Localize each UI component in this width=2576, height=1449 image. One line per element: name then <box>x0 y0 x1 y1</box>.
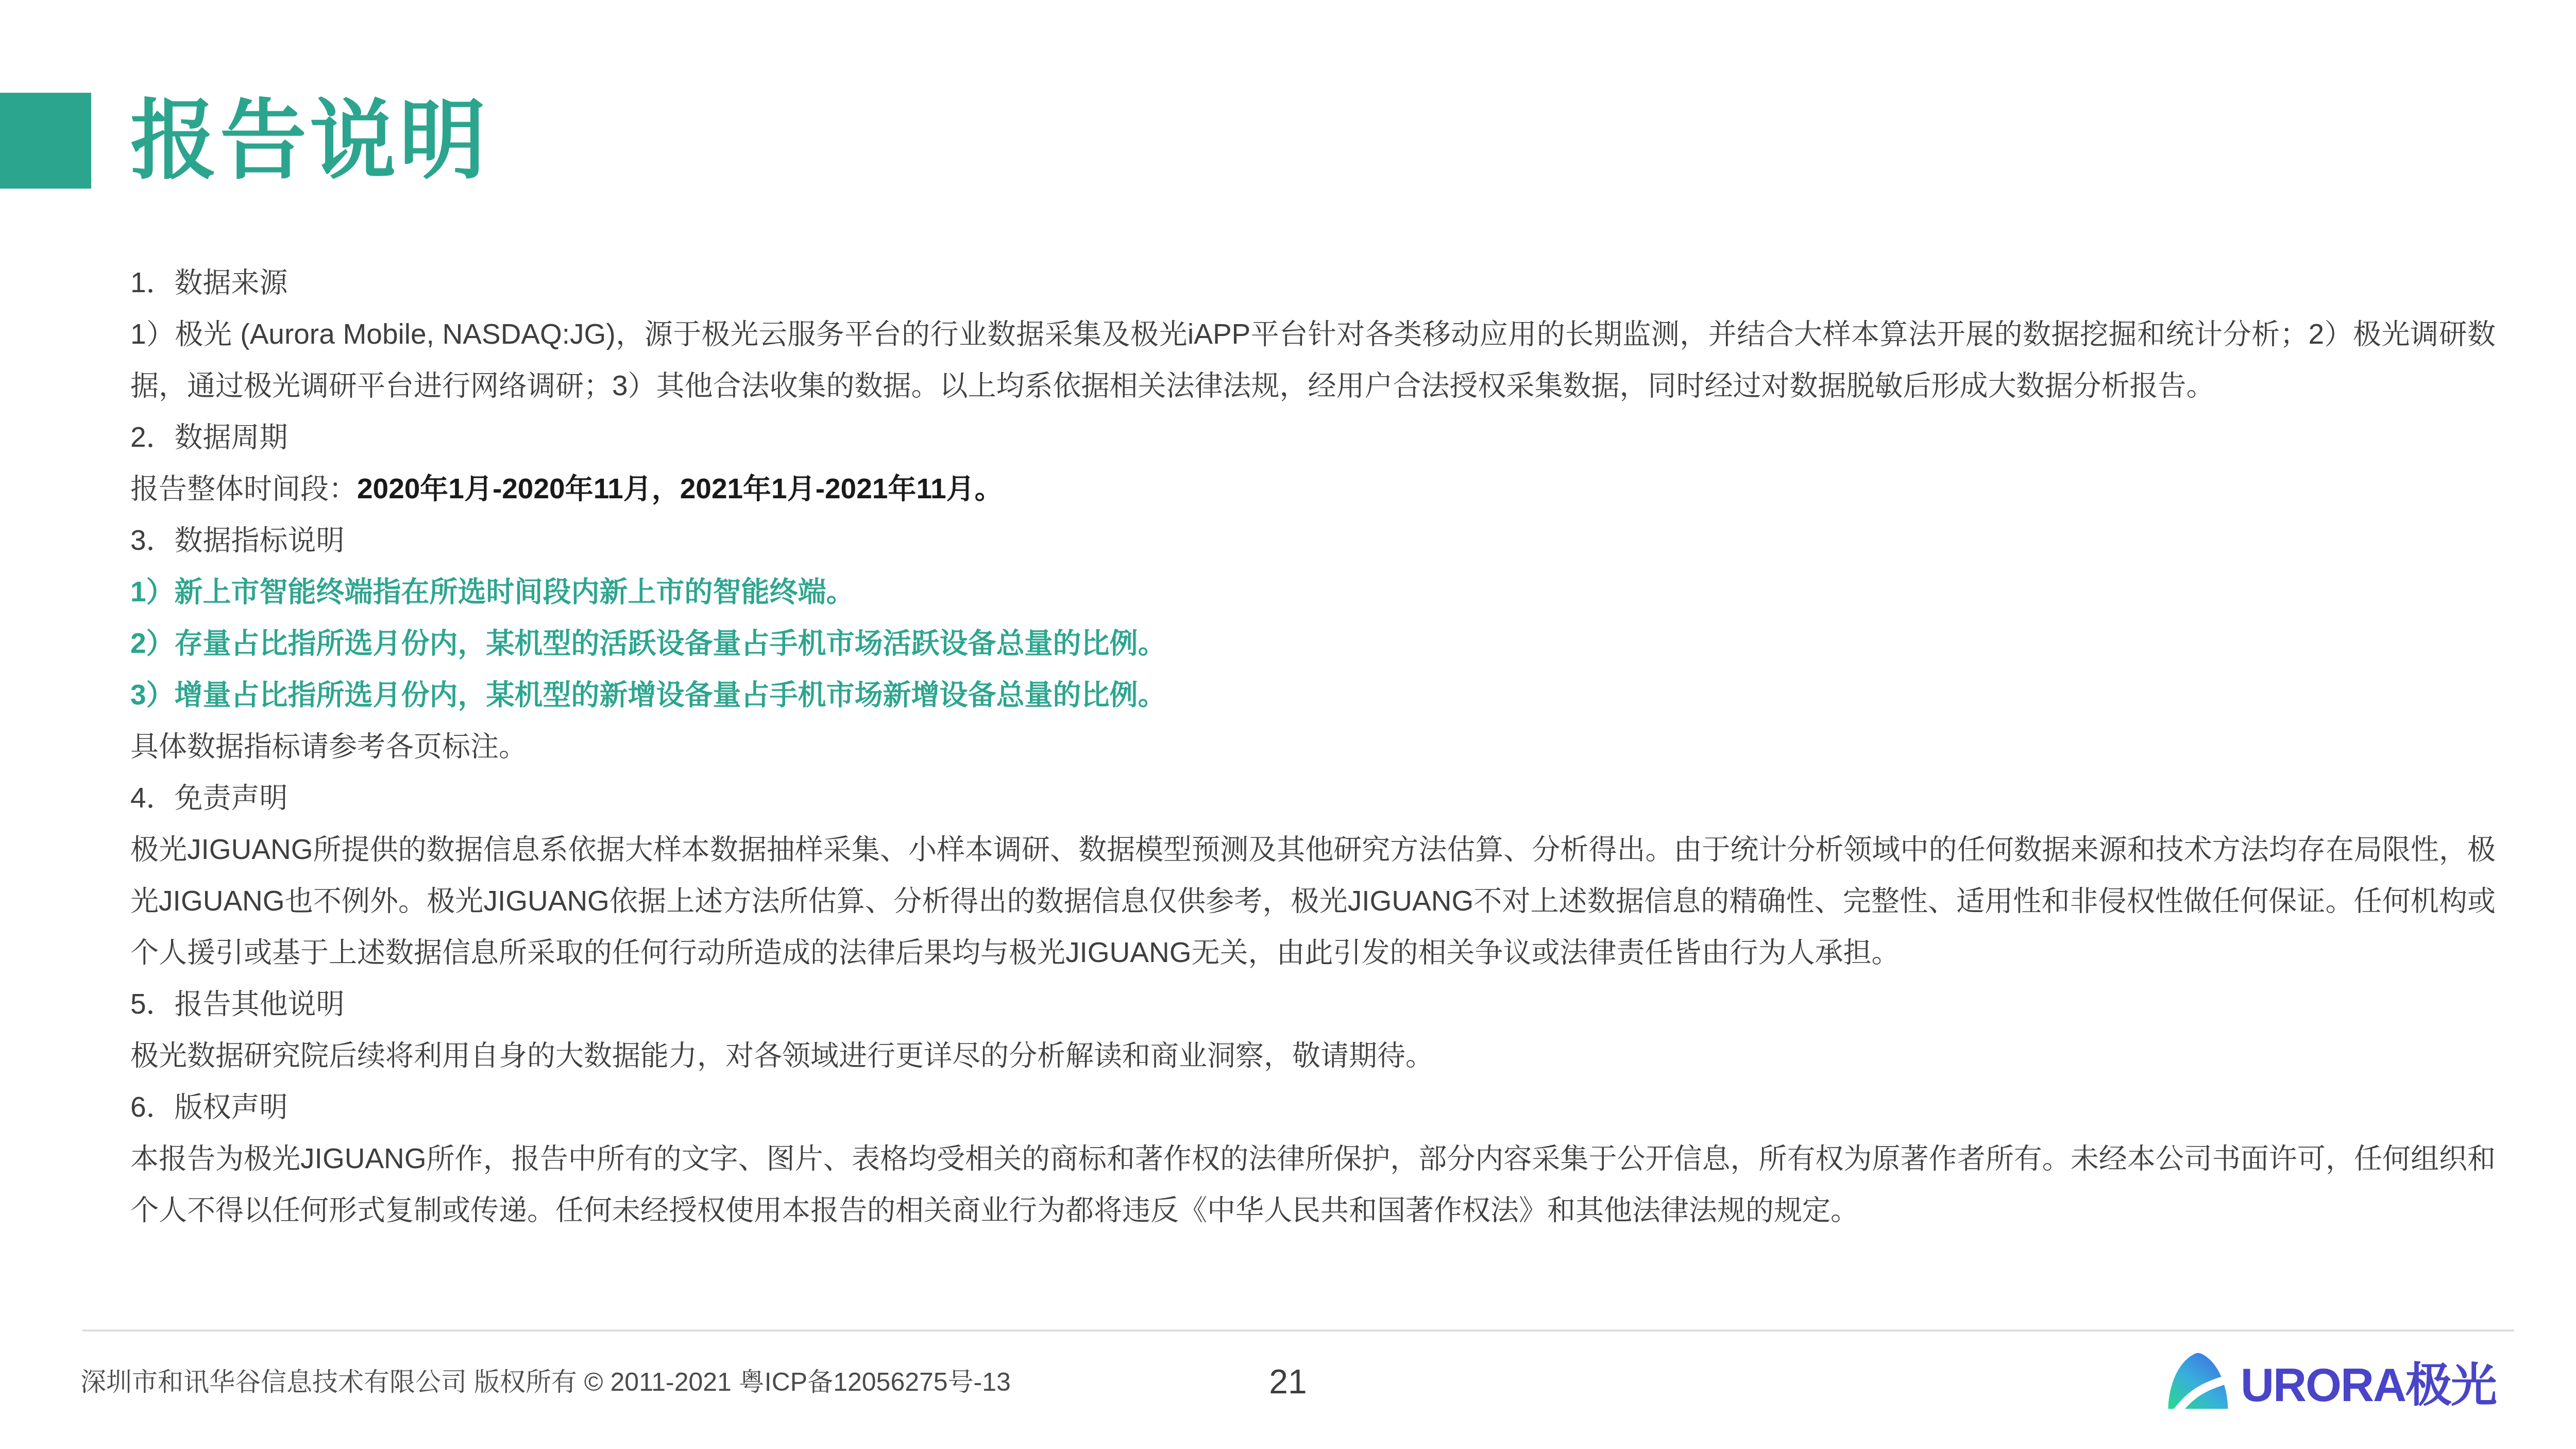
metric-item-1: 1）新上市智能终端指在所选时间段内新上市的智能终端。 <box>130 566 2496 617</box>
section-4-text: 极光JIGUANG所提供的数据信息系依据大样本数据抽样采集、小样本调研、数据模型… <box>130 823 2496 978</box>
aurora-logo: URORA极光 <box>2164 1351 2496 1410</box>
section-6-heading: 6．版权声明 <box>130 1081 2496 1133</box>
section-2-text: 报告整体时间段：2020年1月-2020年11月，2021年1月-2021年11… <box>130 463 2496 514</box>
section-6-text: 本报告为极光JIGUANG所作，报告中所有的文字、图片、表格均受相关的商标和著作… <box>130 1133 2496 1236</box>
aurora-logo-wordmark: URORA极光 <box>2241 1347 2496 1414</box>
aurora-mountain-icon <box>2164 1352 2233 1410</box>
footer-divider <box>82 1329 2514 1332</box>
section-1-text: 1）极光 (Aurora Mobile, NASDAQ:JG)，源于极光云服务平… <box>130 308 2496 411</box>
section-1-heading: 1．数据来源 <box>130 257 2496 308</box>
period-value: 2020年1月-2020年11月，2021年1月-2021年11月。 <box>357 473 1003 504</box>
metric-item-3: 3）增量占比指所选月份内，某机型的新增设备量占手机市场新增设备总量的比例。 <box>130 669 2496 720</box>
page-title: 报告说明 <box>130 93 489 189</box>
section-3-note: 具体数据指标请参考各页标注。 <box>130 720 2496 772</box>
report-slide: 报告说明 1．数据来源 1）极光 (Aurora Mobile, NASDAQ:… <box>0 0 2576 1449</box>
section-3-heading: 3．数据指标说明 <box>130 514 2496 566</box>
footer-copyright: 深圳市和讯华谷信息技术有限公司 版权所有 © 2011-2021 粤ICP备12… <box>80 1367 1011 1397</box>
metric-item-2: 2）存量占比指所选月份内，某机型的活跃设备量占手机市场活跃设备总量的比例。 <box>130 617 2496 669</box>
section-5-text: 极光数据研究院后续将利用自身的大数据能力，对各领域进行更详尽的分析解读和商业洞察… <box>130 1030 2496 1081</box>
report-notes-body: 1．数据来源 1）极光 (Aurora Mobile, NASDAQ:JG)，源… <box>130 257 2496 1236</box>
page-number: 21 <box>1236 1363 1340 1400</box>
title-accent-block <box>0 93 91 189</box>
section-5-heading: 5．报告其他说明 <box>130 978 2496 1030</box>
period-label: 报告整体时间段： <box>130 473 357 504</box>
section-2-heading: 2．数据周期 <box>130 411 2496 463</box>
section-4-heading: 4．免责声明 <box>130 772 2496 823</box>
